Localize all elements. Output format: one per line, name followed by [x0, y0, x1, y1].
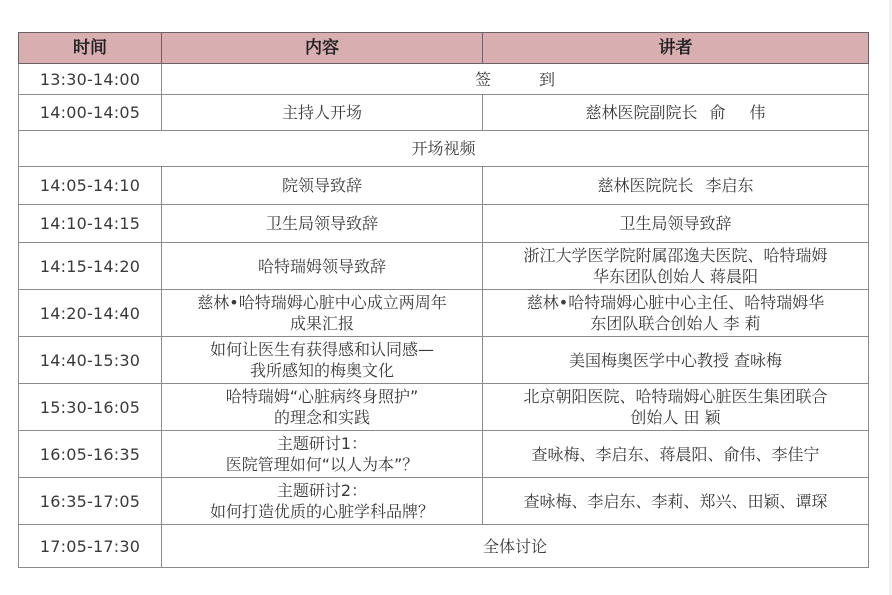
content-cell: 主持人开场 [162, 95, 483, 131]
table-row: 14:10-14:15 卫生局领导致辞 卫生局领导致辞 [19, 205, 869, 243]
content-cell: 慈林•哈特瑞姆心脏中心成立两周年 成果汇报 [162, 290, 483, 337]
table-row: 16:35-17:05 主题研讨2： 如何打造优质的心脏学科品牌？ 查咏梅、李启… [19, 478, 869, 525]
time-cell: 17:05-17:30 [19, 525, 162, 568]
full-row-cell-opening-video: 开场视频 [19, 131, 869, 167]
speaker-cell: 浙江大学医学院附属邵逸夫医院、哈特瑞姆 华东团队创始人 蒋晨阳 [483, 243, 869, 290]
speaker-line: 东团队联合创始人 李 莉 [487, 313, 864, 334]
header-content: 内容 [162, 33, 483, 64]
speaker-cell: 查咏梅、李启东、李莉、郑兴、田颖、谭琛 [483, 478, 869, 525]
table-row: 16:05-16:35 主题研讨1： 医院管理如何“以人为本”？ 查咏梅、李启东… [19, 431, 869, 478]
speaker-line: 浙江大学医学院附属邵逸夫医院、哈特瑞姆 [487, 245, 864, 266]
content-line: 哈特瑞姆“心脏病终身照护” [166, 386, 478, 407]
speaker-name-part: 俞 [709, 103, 725, 122]
speaker-title: 慈林医院院长 [597, 176, 693, 195]
signin-char-1: 签 [475, 70, 491, 89]
content-cell: 哈特瑞姆领导致辞 [162, 243, 483, 290]
speaker-line: 北京朝阳医院、哈特瑞姆心脏医生集团联合 [487, 386, 864, 407]
speaker-name-part: 伟 [750, 103, 766, 122]
content-line: 慈林•哈特瑞姆心脏中心成立两周年 [166, 292, 478, 313]
header-speaker: 讲者 [483, 33, 869, 64]
speaker-cell: 卫生局领导致辞 [483, 205, 869, 243]
speaker-name: 李启东 [706, 176, 754, 195]
content-line: 如何让医生有获得感和认同感— [166, 339, 478, 360]
speaker-cell: 慈林•哈特瑞姆心脏中心主任、哈特瑞姆华 东团队联合创始人 李 莉 [483, 290, 869, 337]
table-row: 14:40-15:30 如何让医生有获得感和认同感— 我所感知的梅奥文化 美国梅… [19, 337, 869, 384]
content-line: 如何打造优质的心脏学科品牌？ [166, 501, 478, 522]
content-cell: 卫生局领导致辞 [162, 205, 483, 243]
table-row: 15:30-16:05 哈特瑞姆“心脏病终身照护” 的理念和实践 北京朝阳医院、… [19, 384, 869, 431]
content-line: 医院管理如何“以人为本”？ [166, 454, 478, 475]
content-cell: 主题研讨2： 如何打造优质的心脏学科品牌？ [162, 478, 483, 525]
time-cell: 14:10-14:15 [19, 205, 162, 243]
header-row: 时间 内容 讲者 [19, 33, 869, 64]
table-row: 17:05-17:30 全体讨论 [19, 525, 869, 568]
table-row: 14:05-14:10 院领导致辞 慈林医院院长李启东 [19, 167, 869, 205]
table-row: 14:15-14:20 哈特瑞姆领导致辞 浙江大学医学院附属邵逸夫医院、哈特瑞姆… [19, 243, 869, 290]
content-line: 成果汇报 [166, 313, 478, 334]
speaker-cell: 美国梅奥医学中心教授 查咏梅 [483, 337, 869, 384]
time-cell: 14:05-14:10 [19, 167, 162, 205]
speaker-cell: 慈林医院院长李启东 [483, 167, 869, 205]
table-row: 13:30-14:00 签到 [19, 64, 869, 95]
content-cell: 院领导致辞 [162, 167, 483, 205]
header-time: 时间 [19, 33, 162, 64]
table-row: 14:20-14:40 慈林•哈特瑞姆心脏中心成立两周年 成果汇报 慈林•哈特瑞… [19, 290, 869, 337]
time-cell: 13:30-14:00 [19, 64, 162, 95]
time-cell: 14:40-15:30 [19, 337, 162, 384]
time-cell: 16:05-16:35 [19, 431, 162, 478]
speaker-line: 慈林•哈特瑞姆心脏中心主任、哈特瑞姆华 [487, 292, 864, 313]
merged-cell-signin: 签到 [162, 64, 869, 95]
content-cell: 哈特瑞姆“心脏病终身照护” 的理念和实践 [162, 384, 483, 431]
content-line: 主题研讨1： [166, 433, 478, 454]
speaker-line: 华东团队创始人 蒋晨阳 [487, 266, 864, 287]
speaker-cell: 查咏梅、李启东、蒋晨阳、俞伟、李佳宁 [483, 431, 869, 478]
content-line: 主题研讨2： [166, 480, 478, 501]
content-cell: 主题研讨1： 医院管理如何“以人为本”？ [162, 431, 483, 478]
speaker-line: 创始人 田 颖 [487, 407, 864, 428]
speaker-title: 慈林医院副院长 [585, 103, 697, 122]
speaker-cell: 北京朝阳医院、哈特瑞姆心脏医生集团联合 创始人 田 颖 [483, 384, 869, 431]
content-line: 我所感知的梅奥文化 [166, 360, 478, 381]
speaker-cell: 慈林医院副院长俞伟 [483, 95, 869, 131]
time-cell: 14:15-14:20 [19, 243, 162, 290]
schedule-table: 时间 内容 讲者 13:30-14:00 签到 14:00-14:05 主持人开… [18, 32, 869, 568]
content-line: 的理念和实践 [166, 407, 478, 428]
time-cell: 14:20-14:40 [19, 290, 162, 337]
time-cell: 15:30-16:05 [19, 384, 162, 431]
time-cell: 14:00-14:05 [19, 95, 162, 131]
content-cell: 如何让医生有获得感和认同感— 我所感知的梅奥文化 [162, 337, 483, 384]
table-row: 开场视频 [19, 131, 869, 167]
merged-cell-discussion: 全体讨论 [162, 525, 869, 568]
signin-char-2: 到 [539, 70, 555, 89]
table-row: 14:00-14:05 主持人开场 慈林医院副院长俞伟 [19, 95, 869, 131]
time-cell: 16:35-17:05 [19, 478, 162, 525]
